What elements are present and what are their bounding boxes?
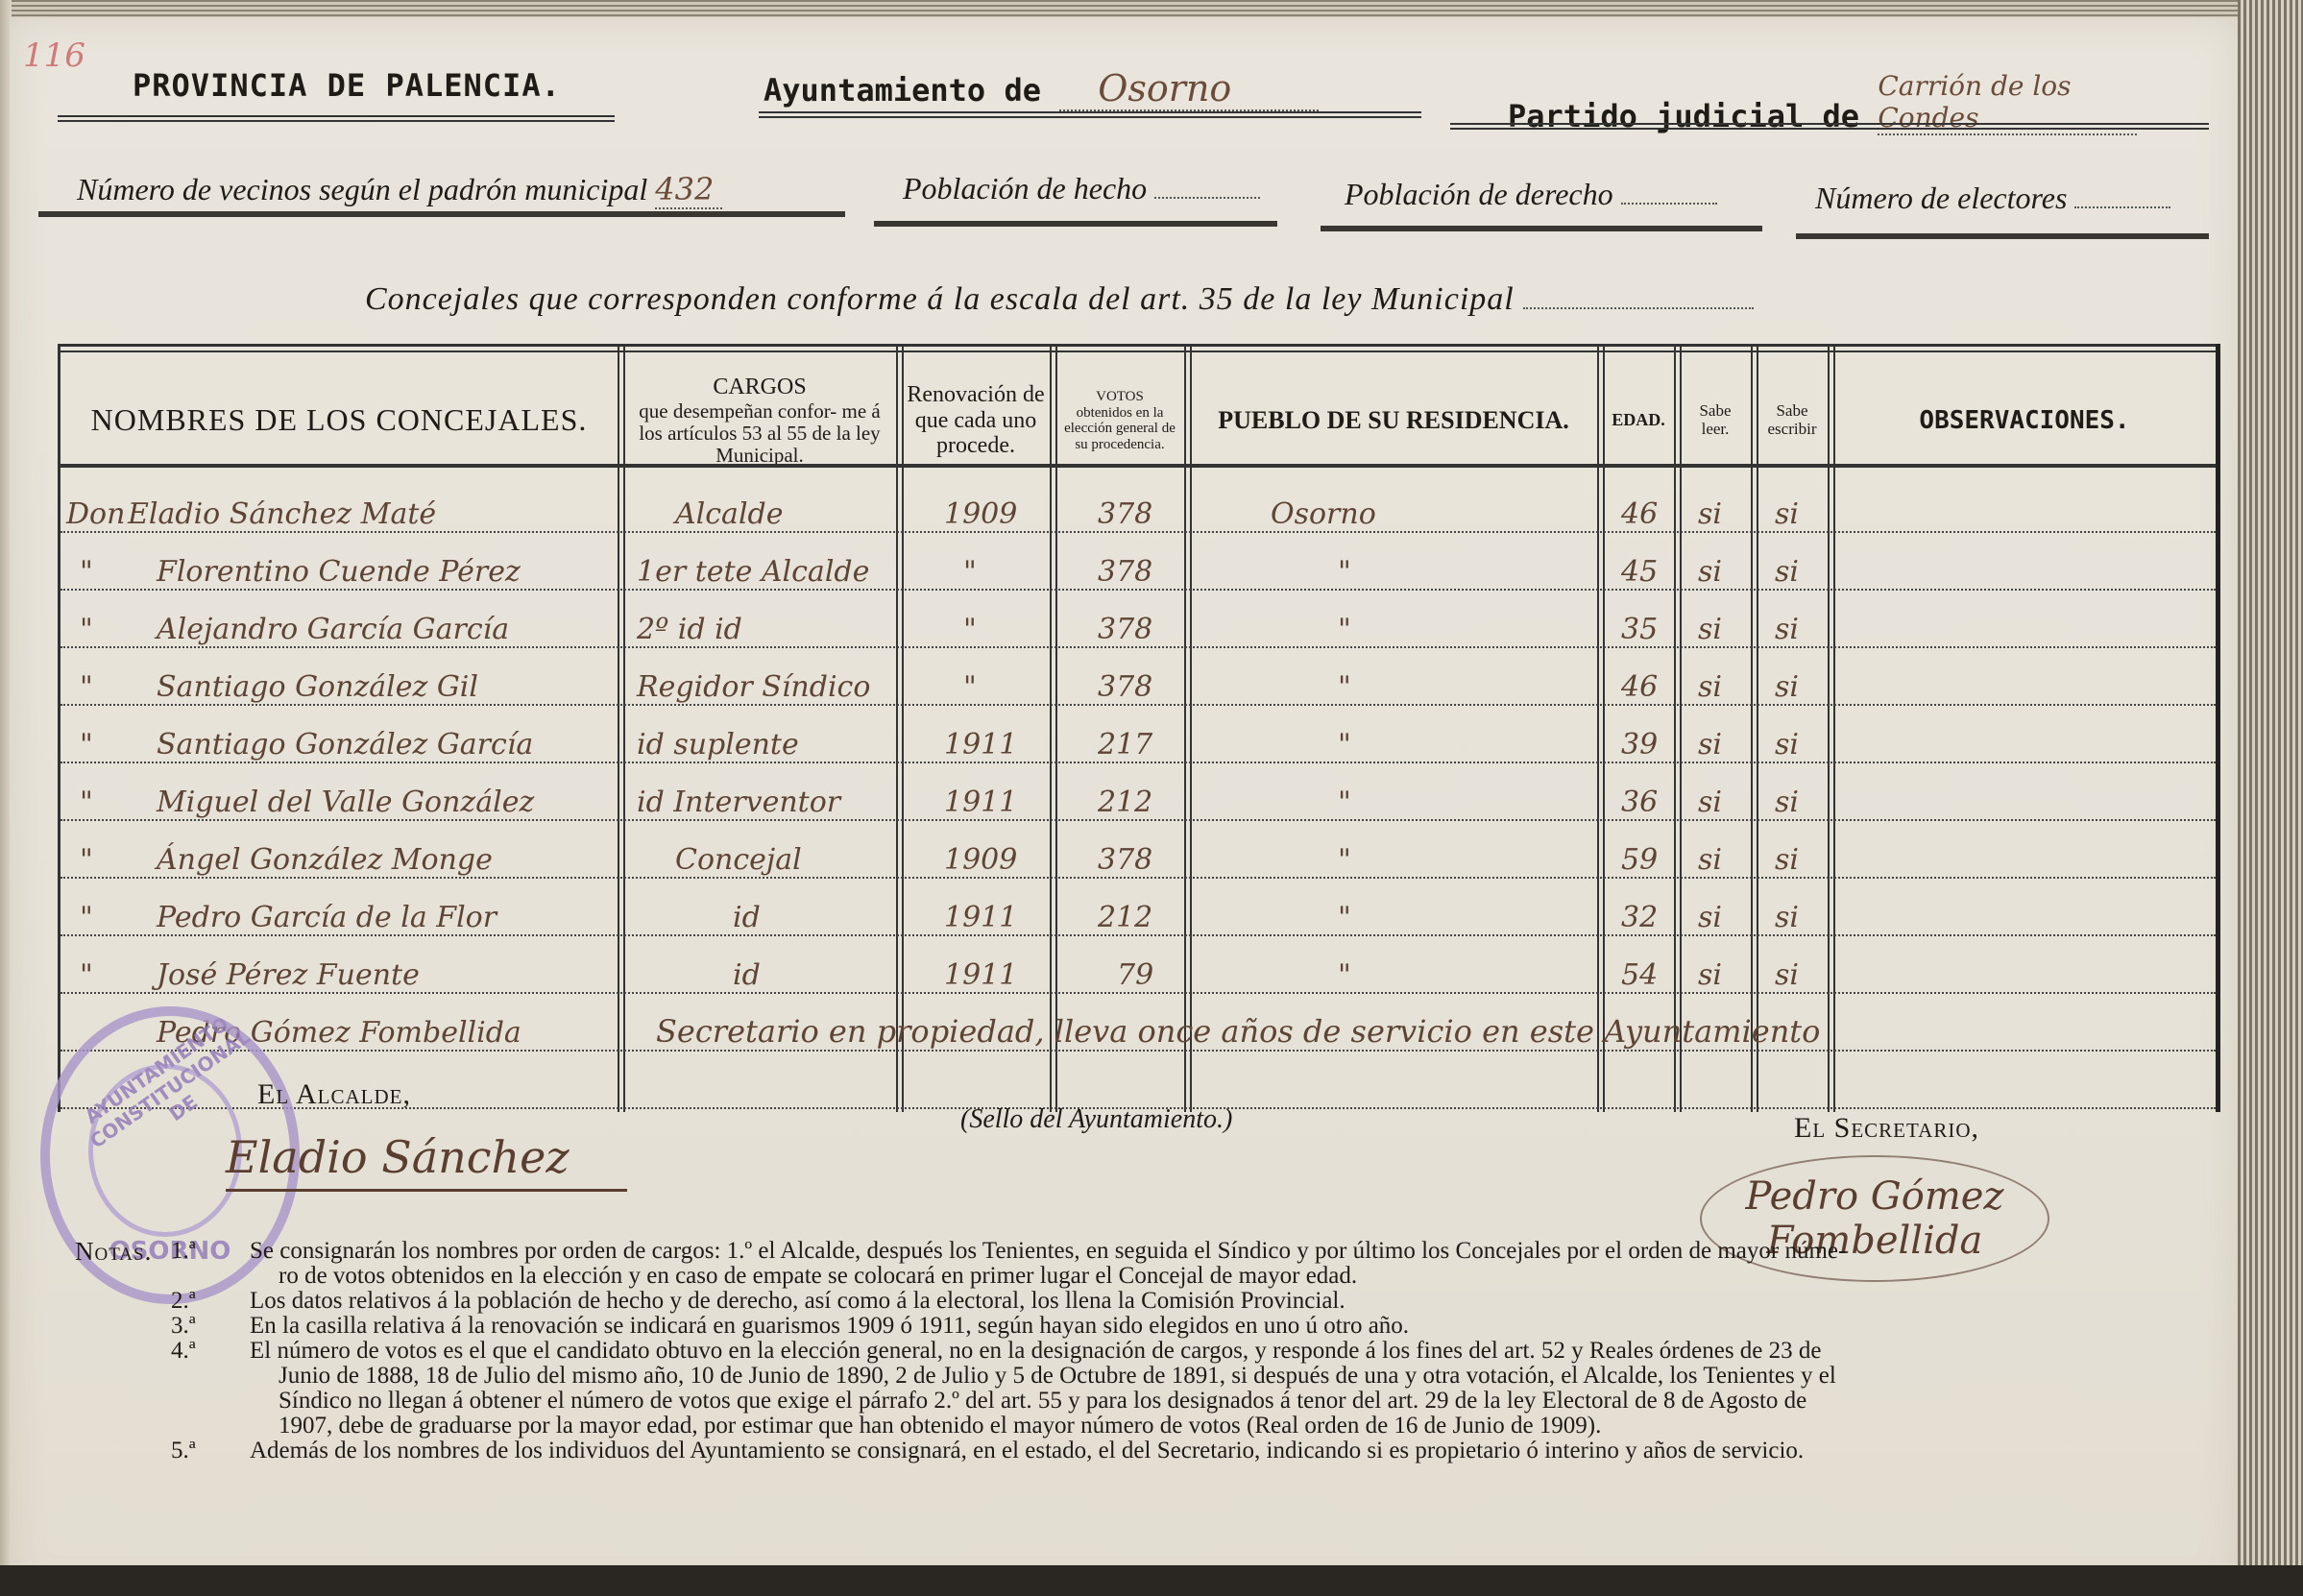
pencil-page-number: 116 — [23, 36, 85, 75]
header-renovacion: Renovación de que cada uno procede. — [902, 363, 1050, 478]
header-separator — [61, 464, 2216, 468]
ayuntamiento-field: Ayuntamiento de Osorno — [764, 67, 1319, 111]
divider — [1321, 226, 1762, 231]
concejal-escribir: si — [1775, 934, 1799, 996]
concejal-pueblo: Osorno — [1271, 473, 1376, 535]
concejal-edad: 45 — [1621, 531, 1658, 592]
vecinos-label: Número de vecinos según el padrón munici… — [77, 172, 647, 206]
header-cargos: CARGOS que desempeñan confor- me á los a… — [623, 363, 896, 478]
concejales-table: NOMBRES DE LOS CONCEJALES. CARGOS que de… — [58, 344, 2220, 1112]
concejal-renovacion: 1911 — [944, 934, 1017, 996]
secretario-label: El Secretario, — [1794, 1112, 1979, 1145]
concejal-name: José Pérez Fuente — [157, 934, 420, 996]
table-row: " Alejandro García García 2º id id " 378… — [61, 589, 2216, 648]
concejales-label: Concejales que corresponden conforme á l… — [365, 281, 1515, 317]
concejal-edad: 54 — [1621, 934, 1658, 996]
concejal-escribir: si — [1775, 646, 1799, 708]
row-prefix: " — [80, 762, 93, 823]
row-prefix: " — [80, 877, 93, 938]
concejal-renovacion: " — [963, 531, 977, 592]
header-cargos-title: CARGOS — [713, 375, 806, 399]
concejal-cargo: Regidor Síndico — [637, 646, 870, 708]
concejal-name: Santiago González García — [157, 704, 533, 765]
concejal-pueblo: " — [1338, 704, 1351, 765]
concejal-escribir: si — [1775, 704, 1799, 765]
concejal-leer: si — [1698, 473, 1722, 535]
row-prefix: Don — [66, 473, 125, 535]
note-number: 1.ª — [171, 1239, 196, 1264]
concejal-votos: 378 — [1098, 473, 1152, 535]
concejal-name: Pedro García de la Flor — [157, 877, 497, 938]
header-escribir: Sabe escribir — [1757, 363, 1828, 478]
ayuntamiento-label: Ayuntamiento de — [764, 72, 1041, 109]
concejal-edad: 46 — [1621, 646, 1658, 708]
concejal-votos: 212 — [1098, 877, 1152, 938]
electores-label: Número de electores — [1815, 181, 2067, 215]
table-top-border — [61, 344, 2216, 352]
concejal-cargo: 2º id id — [637, 589, 742, 650]
concejal-edad: 32 — [1621, 877, 1658, 938]
table-row: " José Pérez Fuente id 1911 79 " 54 si s… — [61, 934, 2216, 994]
header-cargos-sub: que desempeñan confor- me á los artículo… — [623, 400, 896, 467]
hecho-field: Población de hecho — [903, 171, 1260, 206]
note-number: 3.ª — [171, 1314, 196, 1339]
divider — [1450, 123, 2209, 130]
note-text: Además de los nombres de los individuos … — [250, 1438, 1804, 1463]
concejal-votos: 217 — [1098, 704, 1152, 765]
concejal-cargo: Alcalde — [675, 473, 784, 535]
table-row: " Pedro García de la Flor id 1911 212 " … — [61, 877, 2216, 936]
concejal-escribir: si — [1775, 473, 1799, 535]
concejal-escribir: si — [1775, 531, 1799, 592]
concejal-escribir: si — [1775, 819, 1799, 881]
note-text: Se consignarán los nombres por orden de … — [250, 1238, 1846, 1264]
concejal-edad: 59 — [1621, 819, 1658, 881]
row-prefix: " — [80, 531, 93, 592]
table-row: " Santiago González García id suplente 1… — [61, 704, 2216, 763]
book-bottom-edge — [0, 1565, 2303, 1596]
hecho-label: Población de hecho — [903, 171, 1147, 206]
table-row: " Santiago González Gil Regidor Síndico … — [61, 646, 2216, 706]
notes-label: Notas. — [75, 1239, 152, 1264]
row-prefix: " — [80, 704, 93, 765]
concejal-pueblo: " — [1338, 646, 1351, 708]
table-row: " Florentino Cuende Pérez 1er tete Alcal… — [61, 531, 2216, 591]
header-edad: EDAD. — [1603, 363, 1674, 478]
hecho-value — [1154, 197, 1260, 199]
header-nombres: NOMBRES DE LOS CONCEJALES. — [61, 363, 618, 478]
concejal-cargo: Concejal — [675, 819, 802, 881]
concejal-cargo: id suplente — [637, 704, 799, 765]
concejal-name: Ángel González Monge — [157, 819, 493, 881]
row-prefix: " — [80, 589, 93, 650]
note-number: 5.ª — [171, 1439, 196, 1463]
row-prefix: " — [80, 819, 93, 881]
note-text: Los datos relativos á la población de he… — [250, 1288, 1345, 1314]
concejal-escribir: si — [1775, 762, 1799, 823]
note-1: Notas. 1.ª Se consignarán los nombres po… — [75, 1239, 2217, 1264]
concejales-field: Concejales que corresponden conforme á l… — [365, 281, 1754, 318]
electores-field: Número de electores — [1815, 181, 2170, 216]
row-prefix: " — [80, 646, 93, 708]
concejal-name: Eladio Sánchez Maté — [128, 473, 436, 535]
concejal-leer: si — [1698, 589, 1722, 650]
concejal-renovacion: 1911 — [944, 877, 1017, 938]
concejal-leer: si — [1698, 877, 1722, 938]
concejal-leer: si — [1698, 762, 1722, 823]
table-row: " Miguel del Valle González id Intervent… — [61, 762, 2216, 821]
alcalde-label: El Alcalde, — [257, 1078, 411, 1111]
note-text: El número de votos es el que el candidat… — [250, 1338, 1822, 1364]
concejal-edad: 36 — [1621, 762, 1658, 823]
concejal-pueblo: " — [1338, 531, 1351, 592]
concejal-cargo: id — [733, 877, 761, 938]
concejal-renovacion: 1909 — [944, 819, 1017, 881]
concejal-name: Santiago González Gil — [157, 646, 478, 708]
vecinos-field: Número de vecinos según el padrón munici… — [77, 171, 722, 209]
concejal-name: Florentino Cuende Pérez — [157, 531, 521, 592]
concejal-cargo: id Interventor — [637, 762, 840, 823]
derecho-value — [1621, 203, 1717, 205]
province-title: PROVINCIA DE PALENCIA. — [133, 67, 561, 104]
header-votos-sub: obtenidos en la elección general de su p… — [1055, 405, 1184, 453]
note-5: 5.ª Además de los nombres de los individ… — [75, 1439, 2217, 1463]
concejal-edad: 46 — [1621, 473, 1658, 535]
table-row: Don Eladio Sánchez Maté Alcalde 1909 378… — [61, 473, 2216, 533]
divider — [38, 211, 845, 217]
electores-value — [2074, 206, 2170, 208]
concejal-votos: 79 — [1117, 934, 1153, 996]
row-prefix: " — [80, 934, 93, 996]
note-number: 4.ª — [171, 1339, 196, 1364]
book-page-stack — [2238, 0, 2303, 1596]
concejal-votos: 378 — [1098, 531, 1152, 592]
note-4-cont: Síndico no llegan á obtener el número de… — [75, 1389, 2217, 1414]
divider — [874, 221, 1277, 227]
concejal-leer: si — [1698, 646, 1722, 708]
concejal-renovacion: " — [963, 646, 977, 708]
table-row: " Ángel González Monge Concejal 1909 378… — [61, 819, 2216, 879]
concejal-pueblo: " — [1338, 934, 1351, 996]
concejal-pueblo: " — [1338, 762, 1351, 823]
derecho-field: Población de derecho — [1345, 177, 1717, 212]
concejal-renovacion: " — [963, 589, 977, 650]
concejal-leer: si — [1698, 704, 1722, 765]
concejal-renovacion: 1911 — [944, 704, 1017, 765]
concejal-pueblo: " — [1338, 877, 1351, 938]
note-1-cont: ro de votos obtenidos en la elección y e… — [75, 1264, 2217, 1289]
concejal-name: Alejandro García García — [157, 589, 509, 650]
ayuntamiento-value: Osorno — [1059, 67, 1319, 111]
note-4: 4.ª El número de votos es el que el cand… — [75, 1339, 2217, 1364]
concejal-leer: si — [1698, 934, 1722, 996]
note-text: En la casilla relativa á la renovación s… — [250, 1313, 1409, 1339]
notes-section: Notas. 1.ª Se consignarán los nombres po… — [75, 1239, 2217, 1463]
header-votos-title: VOTOS — [1096, 389, 1144, 405]
sello-label: (Sello del Ayuntamiento.) — [960, 1104, 1232, 1135]
alcalde-signature: Eladio Sánchez — [226, 1131, 627, 1192]
header-pueblo: PUEBLO DE SU RESIDENCIA. — [1190, 363, 1597, 478]
concejales-value — [1523, 307, 1754, 309]
concejal-escribir: si — [1775, 589, 1799, 650]
concejal-edad: 35 — [1621, 589, 1658, 650]
header-votos: VOTOS obtenidos en la elección general d… — [1055, 363, 1184, 478]
divider — [1796, 233, 2209, 239]
note-3: 3.ª En la casilla relativa á la renovaci… — [75, 1314, 2217, 1339]
note-2: 2.ª Los datos relativos á la población d… — [75, 1289, 2217, 1314]
concejal-edad: 39 — [1621, 704, 1658, 765]
note-4-cont: 1907, debe de graduarse por la mayor eda… — [75, 1414, 2217, 1439]
header-observaciones: OBSERVACIONES. — [1833, 363, 2216, 478]
concejal-name: Miguel del Valle González — [157, 762, 534, 823]
concejal-renovacion: 1909 — [944, 473, 1017, 535]
header-leer: Sabe leer. — [1680, 363, 1751, 478]
concejal-leer: si — [1698, 819, 1722, 881]
concejal-renovacion: 1911 — [944, 762, 1017, 823]
divider — [759, 111, 1421, 118]
concejal-cargo: 1er tete Alcalde — [637, 531, 869, 592]
concejal-leer: si — [1698, 531, 1722, 592]
secretary-observation: Secretario en propiedad, lleva once años… — [656, 992, 1820, 1053]
concejal-votos: 212 — [1098, 762, 1152, 823]
concejal-pueblo: " — [1338, 819, 1351, 881]
concejal-cargo: id — [733, 934, 761, 996]
concejal-pueblo: " — [1338, 589, 1351, 650]
document-page: 116 PROVINCIA DE PALENCIA. Ayuntamiento … — [10, 17, 2238, 1592]
note-number: 2.ª — [171, 1289, 196, 1314]
concejal-votos: 378 — [1098, 819, 1152, 881]
concejal-votos: 378 — [1098, 646, 1152, 708]
vecinos-value: 432 — [655, 171, 722, 209]
concejal-escribir: si — [1775, 877, 1799, 938]
note-4-cont: Junio de 1888, 18 de Julio del mismo año… — [75, 1364, 2217, 1389]
divider — [58, 115, 615, 122]
secretary-row: Pedro Gómez Fombellida Secretario en pro… — [61, 992, 2216, 1052]
concejal-votos: 378 — [1098, 589, 1152, 650]
derecho-label: Población de derecho — [1345, 177, 1613, 211]
